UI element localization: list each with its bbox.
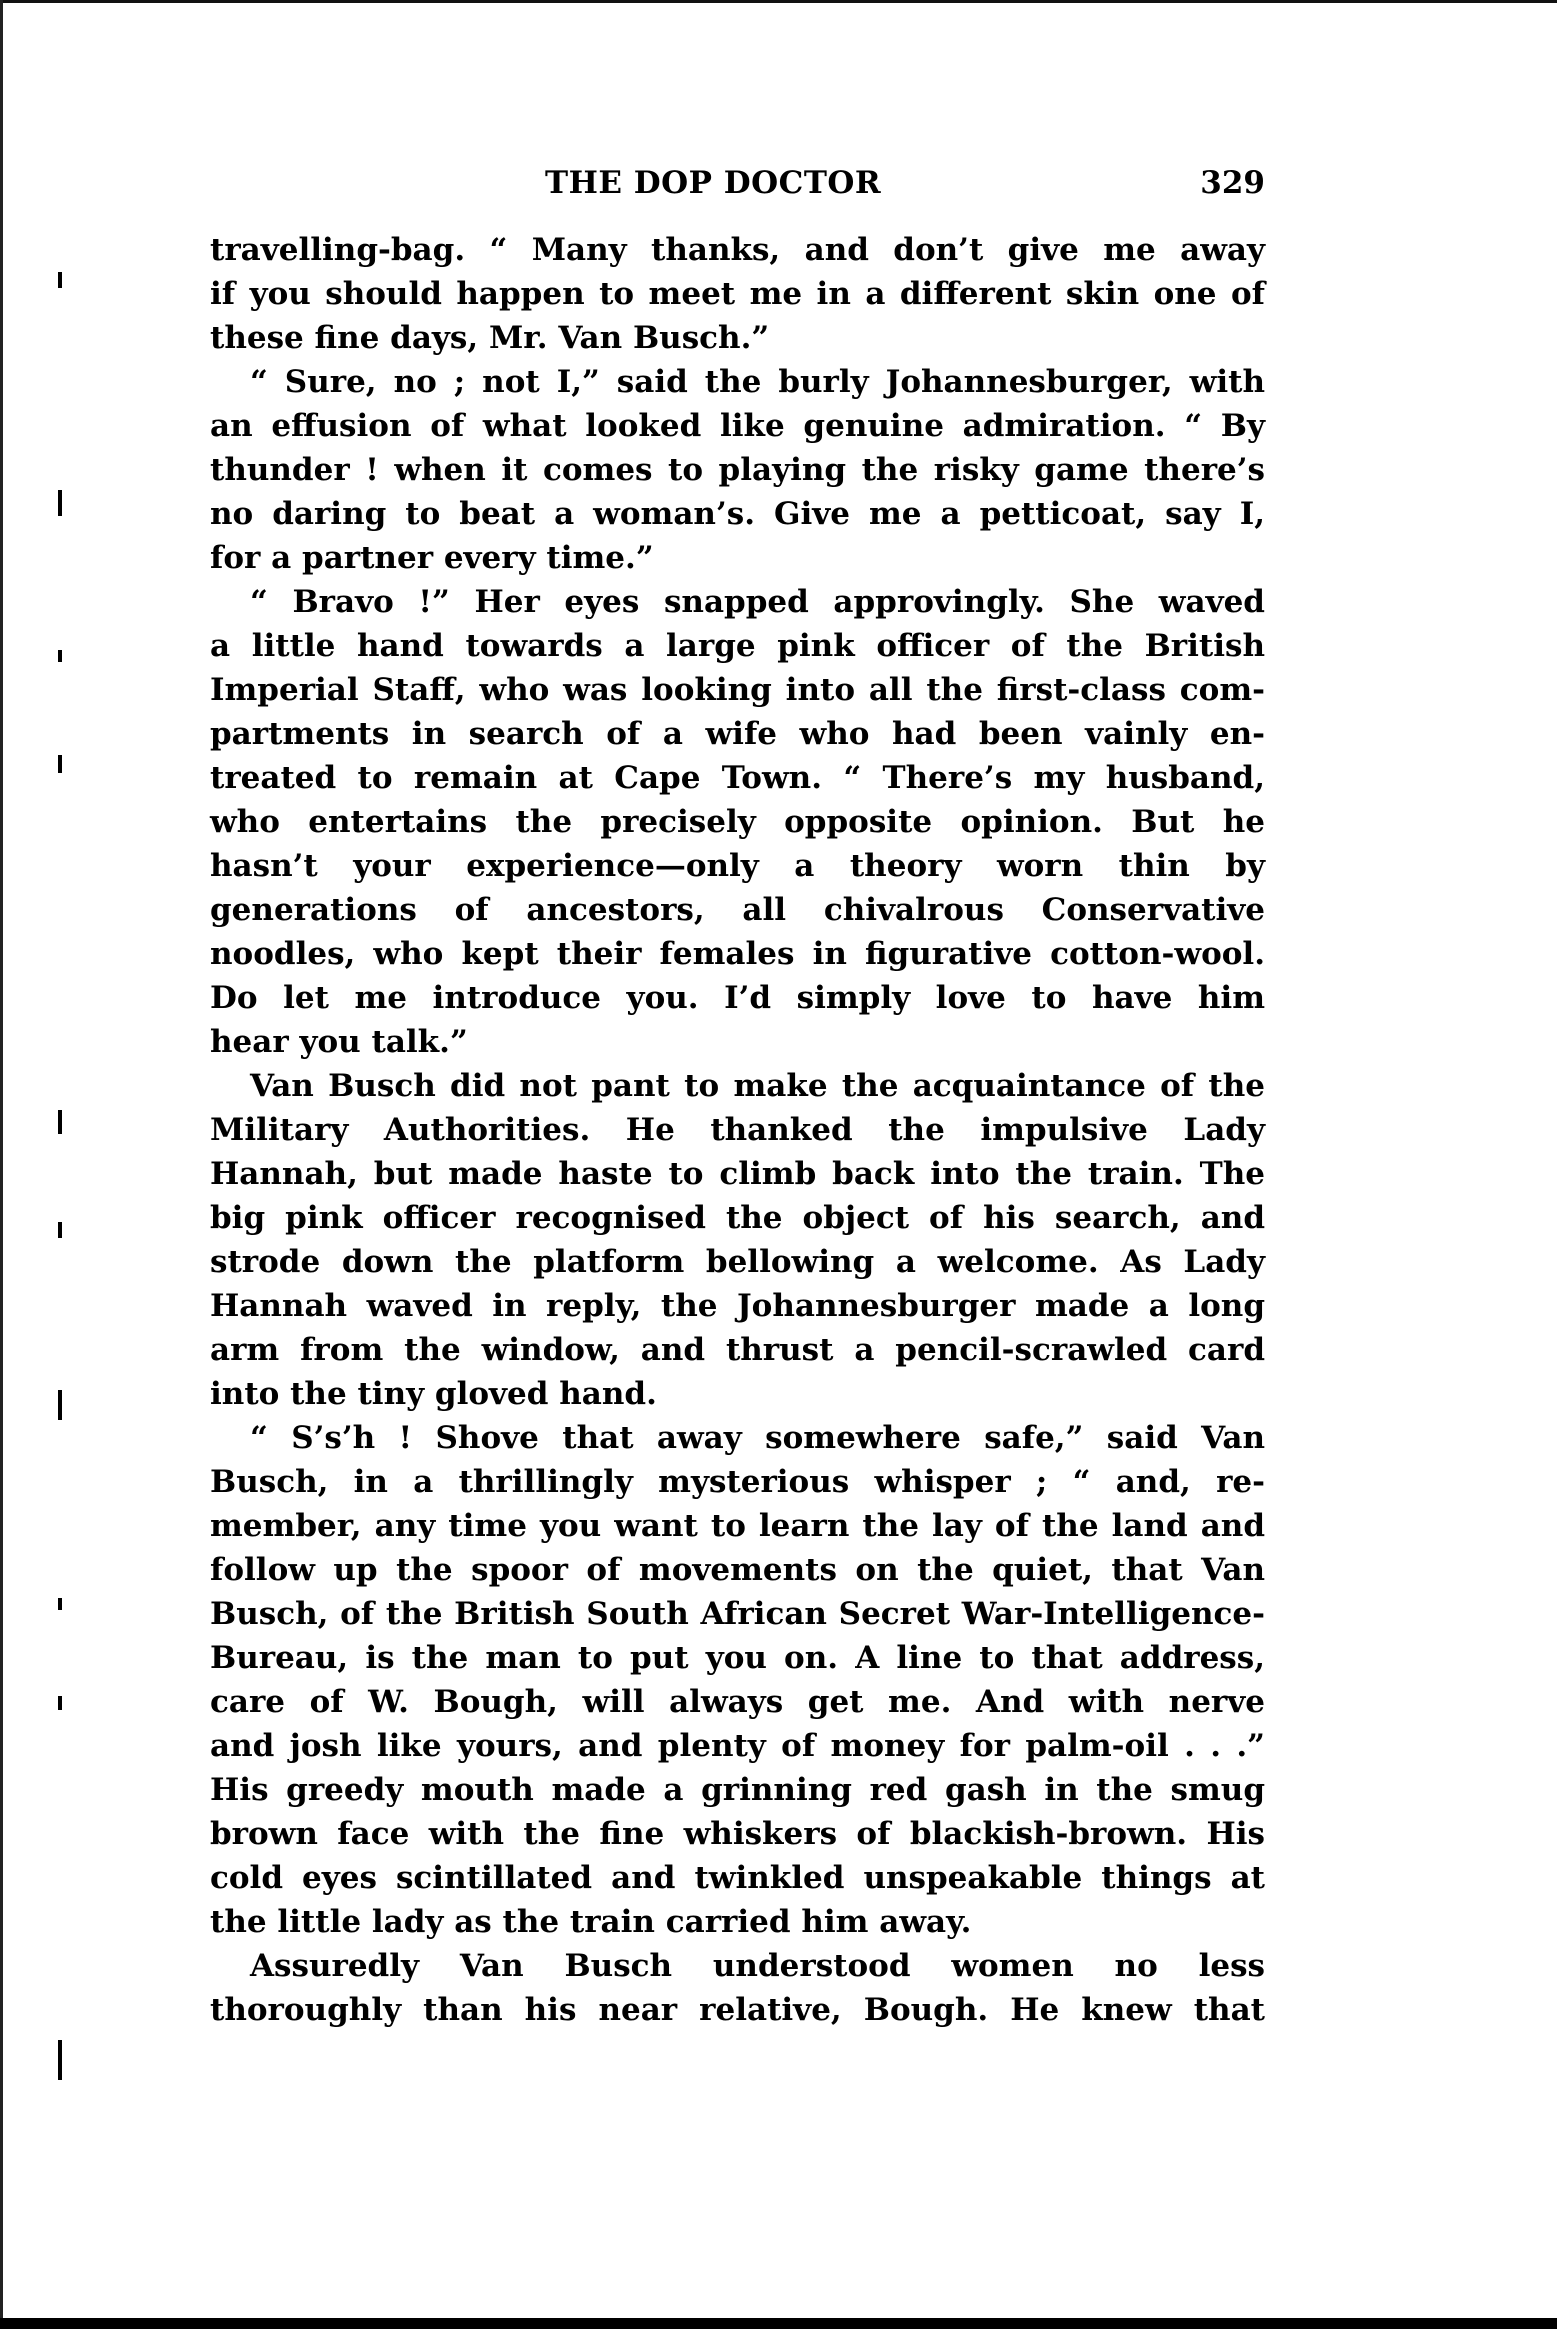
text-line: hasn’t your experience—only a theory wor… [210, 844, 1265, 888]
text-line: Hannah, but made haste to climb back int… [210, 1152, 1265, 1196]
text-line: noodles, who kept their females in figur… [210, 932, 1265, 976]
text-line: thunder ! when it comes to playing the r… [210, 448, 1265, 492]
text-line: and josh like yours, and plenty of money… [210, 1724, 1265, 1768]
text-line: the little lady as the train carried him… [210, 1900, 1265, 1944]
margin-marks [58, 0, 68, 2329]
margin-mark [58, 1390, 62, 1420]
margin-mark [58, 755, 62, 773]
text-line: cold eyes scintillated and twinkled unsp… [210, 1856, 1265, 1900]
margin-mark [58, 1696, 62, 1710]
margin-mark [58, 1598, 62, 1610]
running-title: THE DOP DOCTOR [545, 165, 881, 201]
text-line: Hannah waved in reply, the Johannesburge… [210, 1284, 1265, 1328]
text-line: follow up the spoor of movements on the … [210, 1548, 1265, 1592]
text-line: member, any time you want to learn the l… [210, 1504, 1265, 1548]
text-line: care of W. Bough, will always get me. An… [210, 1680, 1265, 1724]
text-line: travelling-bag. “ Many thanks, and don’t… [210, 228, 1265, 272]
text-line: for a partner every time.” [210, 536, 1265, 580]
text-line: hear you talk.” [210, 1020, 1265, 1064]
text-line: “ Sure, no ; not I,” said the burly Joha… [210, 360, 1265, 404]
text-line: “ Bravo !” Her eyes snapped approvingly.… [210, 580, 1265, 624]
text-line: brown face with the fine whiskers of bla… [210, 1812, 1265, 1856]
margin-mark [58, 1222, 62, 1238]
page-left-edge [0, 0, 3, 2318]
margin-mark [58, 490, 62, 516]
page-top-edge [0, 0, 1557, 3]
text-line: Assuredly Van Busch understood women no … [210, 1944, 1265, 1988]
text-line: who entertains the precisely opposite op… [210, 800, 1265, 844]
margin-mark [58, 2040, 62, 2080]
text-line: Bureau, is the man to put you on. A line… [210, 1636, 1265, 1680]
text-line: “ S’s’h ! Shove that away somewhere safe… [210, 1416, 1265, 1460]
text-line: thoroughly than his near relative, Bough… [210, 1988, 1265, 2032]
text-line: arm from the window, and thrust a pencil… [210, 1328, 1265, 1372]
text-line: Busch, of the British South African Secr… [210, 1592, 1265, 1636]
text-line: treated to remain at Cape Town. “ There’… [210, 756, 1265, 800]
margin-mark [58, 650, 62, 662]
text-line: into the tiny gloved hand. [210, 1372, 1265, 1416]
text-line: an effusion of what looked like genuine … [210, 404, 1265, 448]
text-line: big pink officer recognised the object o… [210, 1196, 1265, 1240]
text-line: Do let me introduce you. I’d simply love… [210, 976, 1265, 1020]
margin-mark [58, 272, 62, 288]
running-header: THE DOP DOCTOR 329 [210, 165, 1265, 205]
text-line: partments in search of a wife who had be… [210, 712, 1265, 756]
page-number: 329 [1200, 165, 1265, 201]
body-text: travelling-bag. “ Many thanks, and don’t… [210, 228, 1265, 2032]
text-line: strode down the platform bellowing a wel… [210, 1240, 1265, 1284]
text-line: Busch, in a thrillingly mysterious whisp… [210, 1460, 1265, 1504]
text-line: no daring to beat a woman’s. Give me a p… [210, 492, 1265, 536]
text-line: a little hand towards a large pink offic… [210, 624, 1265, 668]
text-line: if you should happen to meet me in a dif… [210, 272, 1265, 316]
text-line: His greedy mouth made a grinning red gas… [210, 1768, 1265, 1812]
margin-mark [58, 1110, 62, 1134]
text-line: Imperial Staff, who was looking into all… [210, 668, 1265, 712]
text-line: these fine days, Mr. Van Busch.” [210, 316, 1265, 360]
text-line: Military Authorities. He thanked the imp… [210, 1108, 1265, 1152]
text-line: generations of ancestors, all chivalrous… [210, 888, 1265, 932]
page-bottom-edge [0, 2318, 1557, 2329]
text-line: Van Busch did not pant to make the acqua… [210, 1064, 1265, 1108]
